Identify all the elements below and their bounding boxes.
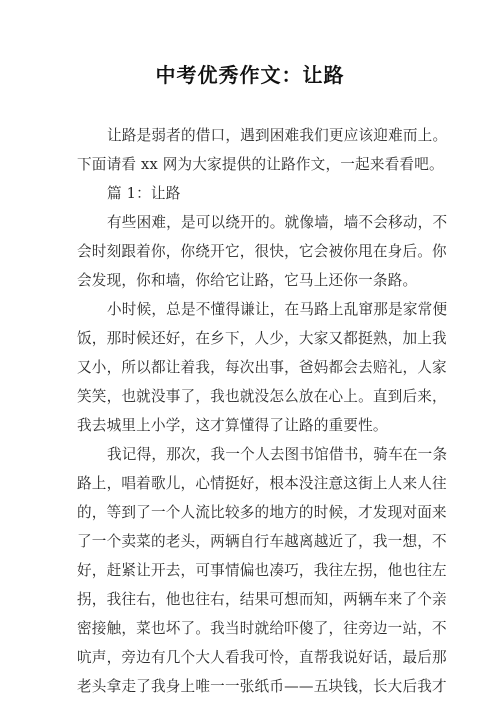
text-line: 又小，所以都让着我，每次出事，爸妈都会去赔礼，人家 — [77, 353, 445, 382]
text-line: 让路是弱者的借口，遇到困难我们更应该迎难而上。 — [77, 121, 445, 150]
text-line: 了一个卖菜的老头，两辆自行车越离越近了，我一想，不 — [77, 527, 445, 556]
text-line: 笑笑，也就没事了，我也就没怎么放在心上。直到后来， — [77, 382, 445, 411]
text-line: 路上，唱着歌儿，心情挺好，根本没注意这街上人来人往 — [77, 469, 445, 498]
text-line: 我去城里上小学，这才算懂得了让路的重要性。 — [77, 411, 445, 440]
text-line: 的，等到了一个人流比较多的地方的时候，才发现对面来 — [77, 498, 445, 527]
text-line: 有些困难，是可以绕开的。就像墙，墙不会移动，不 — [77, 208, 445, 237]
text-line: 密接触，菜也坏了。我当时就给吓傻了，往旁边一站，不 — [77, 614, 445, 643]
text-line: 会时刻跟着你，你绕开它，很快，它会被你甩在身后。你 — [77, 237, 445, 266]
essay-body: 让路是弱者的借口，遇到困难我们更应该迎难而上。下面请看 xx 网为大家提供的让路… — [77, 121, 445, 701]
document-page: 中考优秀作文：让路 让路是弱者的借口，遇到困难我们更应该迎难而上。下面请看 xx… — [0, 0, 500, 708]
page-title: 中考优秀作文：让路 — [0, 62, 500, 88]
text-line: 下面请看 xx 网为大家提供的让路作文，一起来看看吧。 — [77, 150, 445, 179]
text-line: 饭，那时候还好，在乡下，人少，大家又都挺熟，加上我 — [77, 324, 445, 353]
text-line: 老头拿走了我身上唯一一张纸币——五块钱，长大后我才 — [77, 672, 445, 701]
text-line: 我记得，那次，我一个人去图书馆借书，骑车在一条 — [77, 440, 445, 469]
text-line: 小时候，总是不懂得谦让，在马路上乱窜那是家常便 — [77, 295, 445, 324]
text-line: 会发现，你和墙，你给它让路，它马上还你一条路。 — [77, 266, 445, 295]
text-line: 好，赶紧让开去，可事情偏也凑巧，我往左拐，他也往左 — [77, 556, 445, 585]
text-line: 拐，我往右，他也往右，结果可想而知，两辆车来了个亲 — [77, 585, 445, 614]
text-line: 篇 1：让路 — [77, 179, 445, 208]
text-line: 吭声，旁边有几个大人看我可怜，直帮我说好话，最后那 — [77, 643, 445, 672]
